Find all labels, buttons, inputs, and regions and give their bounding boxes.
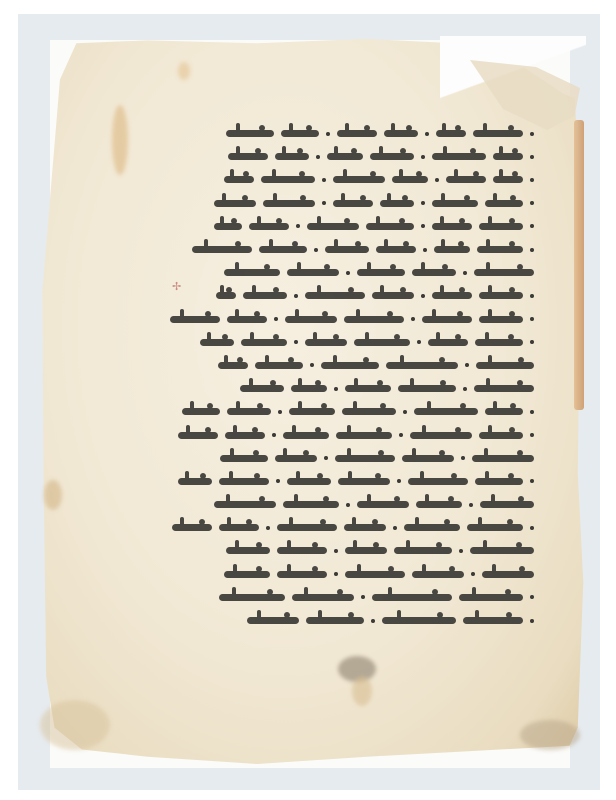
punctuation-dot: [346, 271, 350, 275]
syriac-word: [382, 617, 456, 624]
punctuation-dot: [421, 201, 425, 205]
punctuation-dot: [530, 248, 534, 252]
rubric-cross-mark: ✢: [172, 280, 181, 293]
stain: [40, 700, 110, 750]
syriac-word: [220, 455, 268, 462]
syriac-word: [446, 176, 486, 183]
syriac-word: [479, 223, 523, 230]
punctuation-dot: [346, 503, 350, 507]
syriac-word: [344, 524, 386, 531]
syriac-word: [249, 223, 289, 230]
syriac-word: [428, 339, 468, 346]
stain: [178, 62, 190, 80]
syriac-word: [325, 246, 369, 253]
syriac-word: [306, 617, 364, 624]
punctuation-dot: [530, 433, 534, 437]
syriac-word: [482, 571, 534, 578]
syriac-word: [342, 408, 396, 415]
syriac-word: [476, 362, 534, 369]
syriac-word: [192, 246, 252, 253]
punctuation-dot: [421, 224, 425, 228]
stain: [44, 480, 62, 510]
syriac-word: [170, 316, 220, 323]
manuscript-line: [152, 145, 534, 168]
punctuation-dot: [465, 363, 469, 367]
punctuation-dot: [530, 317, 534, 321]
punctuation-dot: [459, 549, 463, 553]
syriac-word: [333, 176, 385, 183]
punctuation-dot: [423, 248, 427, 252]
manuscript-line: [152, 400, 534, 423]
punctuation-dot: [469, 503, 473, 507]
syriac-word: [287, 478, 331, 485]
syriac-word: [398, 385, 456, 392]
syriac-word: [214, 200, 256, 207]
manuscript-line: [152, 238, 534, 261]
punctuation-dot: [425, 132, 429, 136]
syriac-word: [241, 339, 287, 346]
punctuation-dot: [371, 619, 375, 623]
syriac-word: [345, 547, 387, 554]
manuscript-line: [152, 586, 534, 609]
syriac-word: [240, 385, 284, 392]
syriac-word: [479, 432, 523, 439]
syriac-word: [283, 501, 339, 508]
syriac-word: [386, 362, 458, 369]
syriac-word: [335, 455, 395, 462]
punctuation-dot: [274, 317, 278, 321]
punctuation-dot: [471, 572, 475, 576]
syriac-word: [345, 571, 405, 578]
punctuation-dot: [324, 456, 328, 460]
syriac-word: [432, 200, 478, 207]
syriac-word: [259, 246, 307, 253]
syriac-word: [459, 594, 523, 601]
syriac-word: [178, 478, 212, 485]
syriac-word: [178, 432, 218, 439]
syriac-word: [366, 223, 414, 230]
syriac-word: [474, 269, 534, 276]
syriac-word: [376, 246, 416, 253]
syriac-word: [412, 571, 464, 578]
punctuation-dot: [296, 224, 300, 228]
punctuation-dot: [294, 340, 298, 344]
manuscript-line: [152, 609, 534, 632]
manuscript-line: [152, 447, 534, 470]
punctuation-dot: [316, 155, 320, 159]
syriac-word: [305, 339, 347, 346]
punctuation-dot: [322, 201, 326, 205]
syriac-word: [345, 385, 391, 392]
syriac-word: [412, 269, 456, 276]
punctuation-dot: [294, 294, 298, 298]
manuscript-line: [152, 284, 534, 307]
syriac-word: [224, 571, 270, 578]
punctuation-dot: [276, 479, 280, 483]
syriac-word: [227, 408, 271, 415]
syriac-word: [243, 292, 287, 299]
syriac-word: [277, 547, 327, 554]
syriac-word: [436, 130, 466, 137]
syriac-word: [275, 153, 309, 160]
syriac-word: [370, 153, 414, 160]
syriac-word: [493, 176, 523, 183]
syriac-word: [218, 362, 248, 369]
syriac-word: [479, 292, 523, 299]
punctuation-dot: [403, 410, 407, 414]
punctuation-dot: [530, 619, 534, 623]
syriac-word: [380, 200, 414, 207]
punctuation-dot: [361, 595, 365, 599]
punctuation-dot: [530, 294, 534, 298]
syriac-word: [219, 524, 259, 531]
syriac-word: [307, 223, 359, 230]
syriac-word: [337, 130, 377, 137]
punctuation-dot: [530, 410, 534, 414]
syriac-text-block: [152, 122, 534, 632]
punctuation-dot: [530, 340, 534, 344]
syriac-word: [434, 246, 470, 253]
punctuation-dot: [393, 526, 397, 530]
manuscript-line: [152, 215, 534, 238]
syriac-word: [247, 617, 299, 624]
syriac-word: [357, 269, 405, 276]
manuscript-line: [152, 563, 534, 586]
punctuation-dot: [530, 479, 534, 483]
manuscript-line: [152, 516, 534, 539]
punctuation-dot: [272, 433, 276, 437]
syriac-word: [485, 200, 523, 207]
punctuation-dot: [417, 340, 421, 344]
syriac-word: [404, 524, 460, 531]
image-subject: Manuscript leaf in Syriac script on parc…: [0, 0, 1, 1]
syriac-word: [422, 316, 472, 323]
syriac-word: [214, 501, 276, 508]
manuscript-line: [152, 308, 534, 331]
syriac-word: [384, 130, 418, 137]
manuscript-line: [152, 423, 534, 446]
syriac-word: [291, 385, 327, 392]
syriac-word: [410, 432, 472, 439]
syriac-word: [219, 478, 269, 485]
syriac-word: [321, 362, 379, 369]
syriac-word: [479, 316, 523, 323]
browned-right-edge: [574, 120, 584, 410]
syriac-word: [225, 432, 265, 439]
syriac-word: [416, 501, 462, 508]
punctuation-dot: [266, 526, 270, 530]
syriac-word: [467, 524, 523, 531]
punctuation-dot: [334, 572, 338, 576]
syriac-word: [200, 339, 234, 346]
syriac-word: [216, 292, 236, 299]
punctuation-dot: [530, 224, 534, 228]
syriac-word: [432, 153, 486, 160]
punctuation-dot: [421, 294, 425, 298]
syriac-word: [414, 408, 478, 415]
syriac-word: [305, 292, 365, 299]
manuscript-line: [152, 261, 534, 284]
punctuation-dot: [530, 155, 534, 159]
syriac-word: [172, 524, 212, 531]
syriac-word: [408, 478, 468, 485]
syriac-word: [372, 292, 414, 299]
syriac-word: [283, 432, 329, 439]
syriac-word: [227, 316, 267, 323]
syriac-word: [285, 316, 337, 323]
syriac-word: [392, 176, 428, 183]
syriac-word: [275, 455, 317, 462]
manuscript-line: [152, 539, 534, 562]
syriac-word: [219, 594, 285, 601]
syriac-word: [357, 501, 409, 508]
syriac-word: [277, 524, 337, 531]
manuscript-line: [152, 122, 534, 145]
syriac-word: [475, 339, 523, 346]
punctuation-dot: [310, 363, 314, 367]
punctuation-dot: [326, 132, 330, 136]
syriac-word: [477, 246, 523, 253]
syriac-word: [354, 339, 410, 346]
syriac-word: [226, 547, 270, 554]
punctuation-dot: [530, 178, 534, 182]
syriac-word: [336, 432, 392, 439]
syriac-word: [372, 594, 452, 601]
syriac-word: [475, 478, 523, 485]
syriac-word: [281, 130, 319, 137]
syriac-word: [287, 269, 339, 276]
manuscript-line: [152, 192, 534, 215]
punctuation-dot: [411, 317, 415, 321]
punctuation-dot: [314, 248, 318, 252]
manuscript-line: [152, 377, 534, 400]
syriac-word: [493, 153, 523, 160]
syriac-word: [228, 153, 268, 160]
syriac-word: [261, 176, 315, 183]
punctuation-dot: [530, 132, 534, 136]
punctuation-dot: [463, 271, 467, 275]
manuscript-line: [152, 470, 534, 493]
syriac-word: [214, 223, 242, 230]
punctuation-dot: [530, 595, 534, 599]
syriac-word: [338, 478, 390, 485]
syriac-word: [463, 617, 523, 624]
punctuation-dot: [278, 410, 282, 414]
punctuation-dot: [421, 155, 425, 159]
punctuation-dot: [530, 526, 534, 530]
syriac-word: [394, 547, 452, 554]
syriac-word: [402, 455, 454, 462]
syriac-word: [472, 455, 534, 462]
syriac-word: [432, 223, 472, 230]
manuscript-line: [152, 493, 534, 516]
stain: [112, 105, 128, 175]
syriac-word: [474, 385, 534, 392]
punctuation-dot: [322, 178, 326, 182]
syriac-word: [470, 547, 534, 554]
syriac-word: [224, 269, 280, 276]
punctuation-dot: [463, 387, 467, 391]
punctuation-dot: [435, 178, 439, 182]
syriac-word: [333, 200, 373, 207]
punctuation-dot: [397, 479, 401, 483]
syriac-word: [277, 571, 327, 578]
punctuation-dot: [461, 456, 465, 460]
syriac-word: [473, 130, 523, 137]
syriac-word: [289, 408, 335, 415]
stain: [352, 676, 372, 706]
punctuation-dot: [399, 433, 403, 437]
punctuation-dot: [334, 387, 338, 391]
stain: [520, 720, 580, 750]
manuscript-line: [152, 331, 534, 354]
punctuation-dot: [530, 201, 534, 205]
syriac-word: [485, 408, 523, 415]
punctuation-dot: [334, 549, 338, 553]
syriac-word: [255, 362, 303, 369]
syriac-word: [432, 292, 472, 299]
manuscript-line: [152, 354, 534, 377]
manuscript-line: [152, 168, 534, 191]
syriac-word: [224, 176, 254, 183]
syriac-word: [263, 200, 315, 207]
syriac-word: [344, 316, 404, 323]
syriac-word: [226, 130, 274, 137]
syriac-word: [327, 153, 363, 160]
syriac-word: [182, 408, 220, 415]
syriac-word: [480, 501, 534, 508]
syriac-word: [292, 594, 354, 601]
